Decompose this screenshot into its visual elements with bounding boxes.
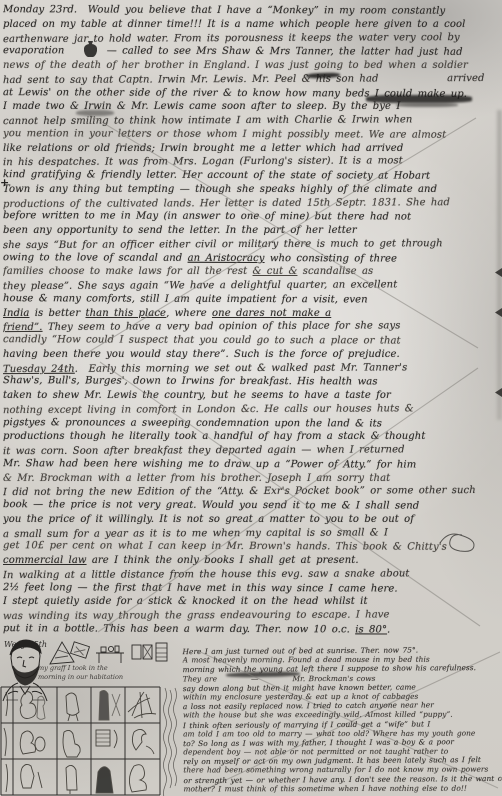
sketch-caption-line: my graff I took in the (38, 664, 174, 673)
panel-figure-doodles (4, 690, 156, 794)
manuscript-line: I stept quietly aside for a stick & knoc… (3, 595, 500, 609)
manuscript-line: candidly “How could I suspect that you c… (3, 333, 500, 348)
manuscript-line: They are — Mr. Brockman's cows (183, 673, 501, 683)
manuscript-line: am told I am too old to marry — what too… (183, 728, 501, 738)
manuscript-line: been any opportunity to send the letter.… (3, 224, 500, 238)
ink-smear (76, 110, 114, 116)
manuscript-line: Shaw's, Bull's, Burges', down to Irwins … (3, 374, 500, 389)
cross-writing-strip (161, 686, 178, 796)
ink-smear (366, 95, 472, 103)
manuscript-line: get 10£ per cent on what I can keep in M… (3, 539, 500, 554)
manuscript-line: taken to shew Mr. Lewis the country, but… (3, 389, 500, 403)
manuscript-line: evaporation — called to see Mrs Shaw & M… (3, 44, 500, 59)
pen-flourish (438, 530, 478, 554)
manuscript-line: placed on my table at dinner time!!! It … (3, 18, 500, 32)
manuscript-line: within my enclosure yesterday & eat up a… (183, 692, 501, 702)
manuscript-line: In walking at a little distance from the… (3, 567, 500, 583)
manuscript-line: had sent to say that Captn. Irwin Mr. Le… (3, 72, 500, 88)
water-jar-sketch (84, 40, 97, 57)
manuscript-line: pigstyes & pronounces a sweeping condemn… (3, 416, 500, 431)
manuscript-line: having been there you would stay there”.… (3, 348, 500, 362)
manuscript-line: Mr. Shaw had been here wishing me to dra… (3, 457, 500, 472)
manuscript-line: there had been something wrong naturally… (183, 765, 501, 775)
page-edge-shadow (497, 110, 502, 420)
manuscript-page: Monday 23rd. Would you believe that I ha… (0, 0, 502, 796)
manuscript-line: news of the death of her brother in Engl… (3, 59, 500, 73)
manuscript-line: commercial law are I think the only book… (3, 554, 500, 568)
sketch-caption-line: morning in our habitation (38, 673, 174, 682)
manuscript-line: with the house but she was exceedingly w… (183, 710, 501, 720)
manuscript-line: Monday 23rd. Would you believe that I ha… (3, 3, 500, 18)
sketch-caption: my graff I took in the morning in our ha… (38, 664, 174, 682)
manuscript-line: nothing except living in comfort in Lond… (3, 402, 500, 418)
diary-entry-wednesday: Here I am just turned out of bed at sunr… (182, 645, 501, 794)
manuscript-line: Town is any thing but tempting — though … (3, 183, 500, 197)
manuscript-line: India is better than this place, where o… (3, 307, 500, 321)
manuscript-line: she says “But for an officer either civi… (3, 237, 500, 253)
manuscript-line: 2½ feet long — the first that I have met… (3, 581, 500, 596)
manuscript-line: owing to the love of scandal and an Aris… (3, 251, 500, 266)
margin-cross-mark: + (0, 176, 10, 189)
manuscript-line: you mention in your letters or those who… (3, 127, 500, 142)
manuscript-line: & Mr. Brockman with a letter from his br… (3, 472, 500, 486)
panel-grid-sketch (0, 686, 162, 796)
manuscript-line: productions though he literally took a h… (3, 430, 500, 444)
manuscript-line: house & many comforts, still I am quite … (3, 292, 500, 307)
manuscript-line: kind gratifying & friendly letter. Her a… (3, 168, 500, 183)
manuscript-line: before written to me in May (in answer t… (3, 209, 500, 224)
ink-smear (396, 103, 458, 107)
manuscript-line: families choose to make laws for all the… (3, 265, 500, 279)
pen-sketch-area: my graff I took in the morning in our ha… (0, 636, 180, 796)
manuscript-line: like relations or old friends; Irwin bro… (3, 142, 500, 156)
manuscript-line: A most heavenly morning. Found a dead mo… (183, 655, 501, 665)
manuscript-line: you the price of it willingly. It is not… (3, 513, 500, 527)
manuscript-line: dependent boy — not able or not permitte… (183, 747, 501, 757)
manuscript-line: book — the price is not very great. Woul… (3, 498, 500, 513)
manuscript-line: mother? I must think of this sometime wh… (183, 783, 501, 793)
